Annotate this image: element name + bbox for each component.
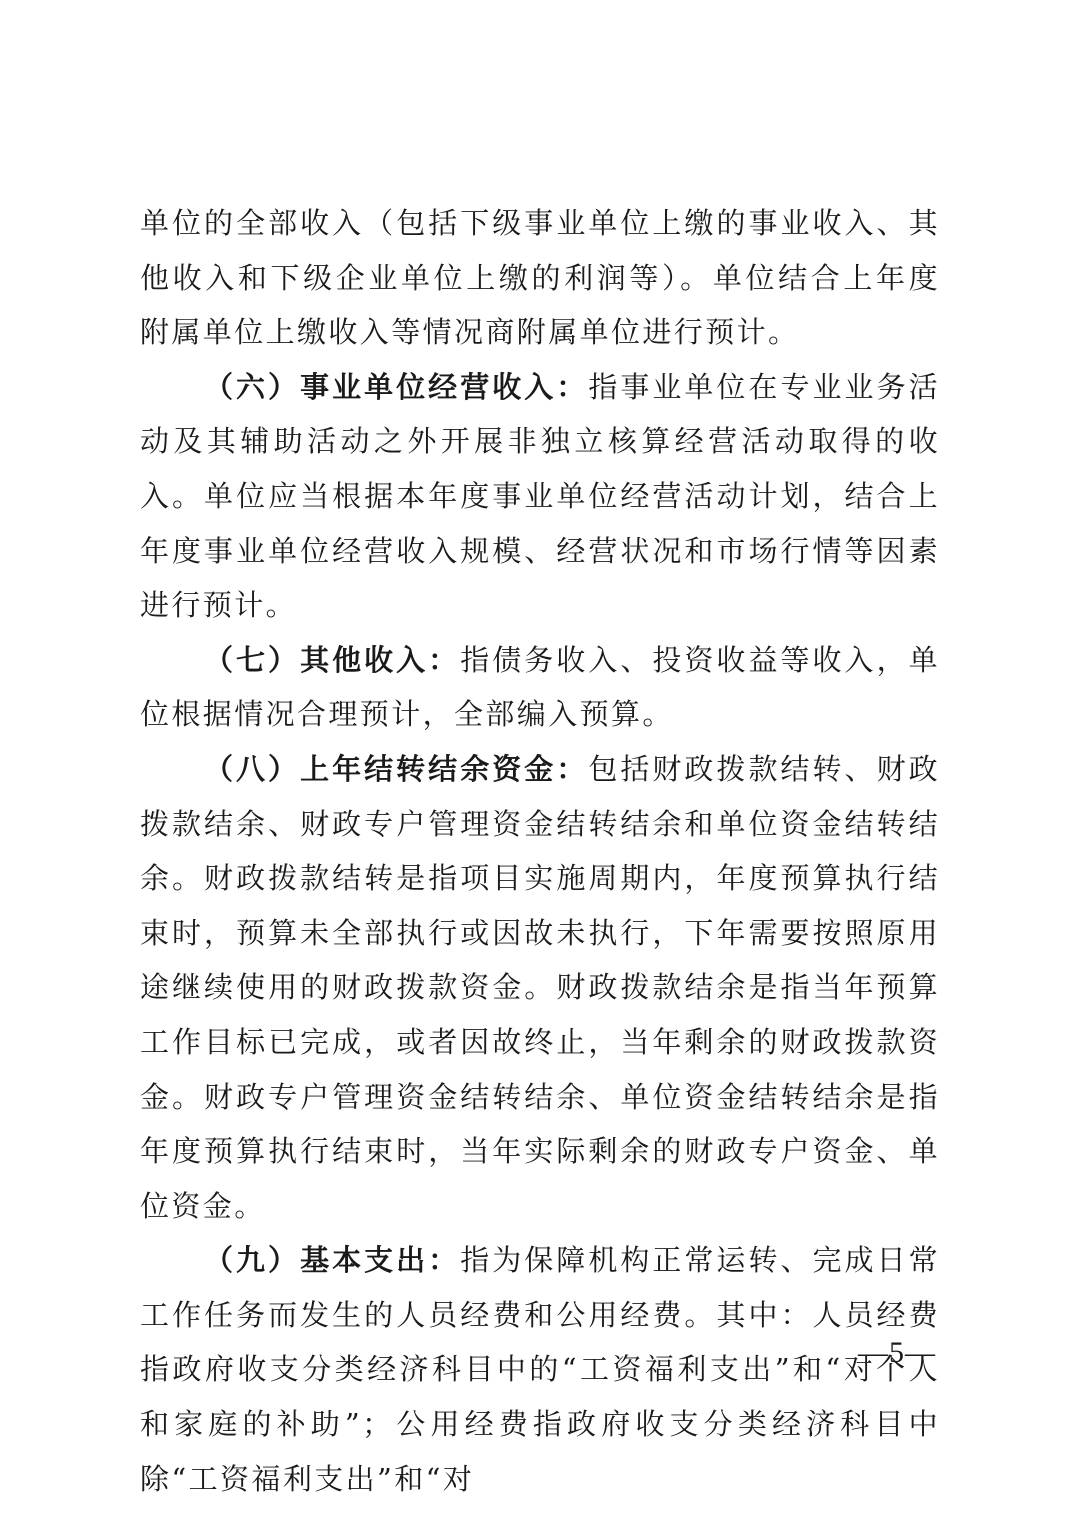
paragraph-text: 指为保障机构正常运转、完成日常工作任务而发生的人员经费和公用经费。其中：人员经费… — [140, 1243, 940, 1495]
document-page: 单位的全部收入（包括下级事业单位上缴的事业收入、其他收入和下级企业单位上缴的利润… — [140, 196, 940, 1506]
paragraph-text: 指事业单位在专业业务活动及其辅助活动之外开展非独立核算经营活动取得的收入。单位应… — [140, 370, 940, 622]
page-number: —5— — [858, 1336, 936, 1370]
paragraph-section-7: （七）其他收入：指债务收入、投资收益等收入，单位根据情况合理预计，全部编入预算。 — [140, 633, 940, 742]
paragraph-section-8: （八）上年结转结余资金：包括财政拨款结转、财政拨款结余、财政专户管理资金结转结余… — [140, 742, 940, 1233]
paragraph-section-9: （九）基本支出：指为保障机构正常运转、完成日常工作任务而发生的人员经费和公用经费… — [140, 1233, 940, 1506]
section-heading: （七）其他收入： — [204, 643, 460, 677]
section-heading: （六）事业单位经营收入： — [204, 370, 588, 404]
section-heading: （八）上年结转结余资金： — [204, 752, 588, 786]
section-heading: （九）基本支出： — [204, 1243, 460, 1277]
paragraph-section-6: （六）事业单位经营收入：指事业单位在专业业务活动及其辅助活动之外开展非独立核算经… — [140, 360, 940, 633]
paragraph-text: 包括财政拨款结转、财政拨款结余、财政专户管理资金结转结余和单位资金结转结余。财政… — [140, 752, 940, 1223]
paragraph-continuation: 单位的全部收入（包括下级事业单位上缴的事业收入、其他收入和下级企业单位上缴的利润… — [140, 196, 940, 360]
paragraph-text: 单位的全部收入（包括下级事业单位上缴的事业收入、其他收入和下级企业单位上缴的利润… — [140, 206, 940, 349]
